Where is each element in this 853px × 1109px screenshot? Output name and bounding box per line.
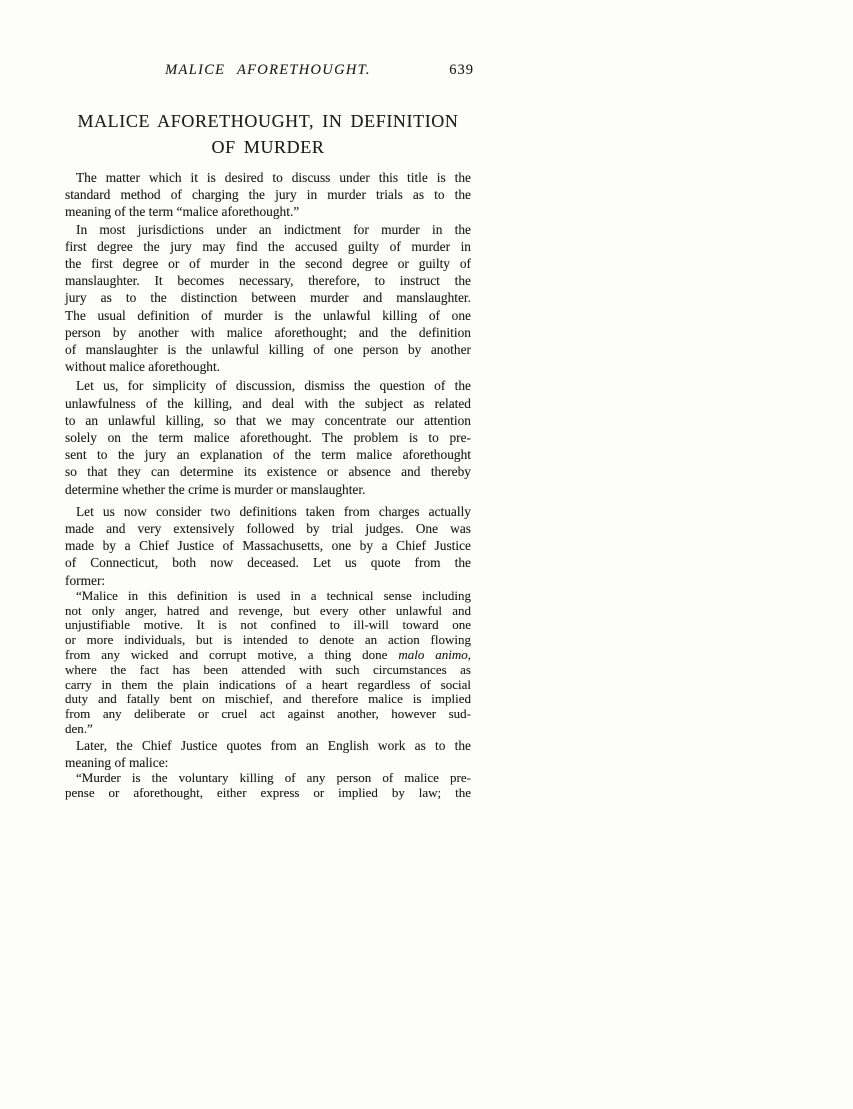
text-line: from any deliberate or cruel act against…	[65, 707, 471, 722]
text-line: Later, the Chief Justice quotes from an …	[65, 737, 471, 754]
text-segment: ,	[468, 647, 471, 662]
paragraph: The matter which it is desired to discus…	[65, 169, 471, 221]
text-segment: from any deliberate or cruel act against…	[65, 706, 471, 721]
text-line: so that they can determine its existence…	[65, 463, 471, 480]
text-line: first degree the jury may find the accus…	[65, 238, 471, 255]
article-body: The matter which it is desired to discus…	[65, 169, 471, 801]
text-segment: Let us now consider two definitions take…	[76, 504, 471, 519]
text-line: “Murder is the voluntary killing of any …	[65, 771, 471, 786]
article-title-line-1: MALICE AFORETHOUGHT, IN DEFINITION	[65, 108, 471, 134]
text-segment: unlawfulness of the killing, and deal wi…	[65, 396, 471, 411]
text-line: Let us, for simplicity of discussion, di…	[65, 377, 471, 394]
page-number: 639	[449, 62, 474, 79]
text-column: MALICE AFORETHOUGHT. 639 MALICE AFORETHO…	[65, 0, 471, 801]
text-line: person by another with malice aforethoug…	[65, 324, 471, 341]
text-line: den.”	[65, 722, 471, 737]
text-segment: sent to the jury an explanation of the t…	[65, 447, 471, 462]
text-line: of Connecticut, both now deceased. Let u…	[65, 554, 471, 571]
text-line: determine whether the crime is murder or…	[65, 481, 471, 498]
text-line: standard method of charging the jury in …	[65, 186, 471, 203]
text-segment: duty and fatally bent on mischief, and t…	[65, 691, 471, 706]
text-line: the first degree or of murder in the sec…	[65, 255, 471, 272]
text-segment: The usual definition of murder is the un…	[65, 308, 471, 323]
text-segment: not only anger, hatred and revenge, but …	[65, 603, 471, 618]
text-line: made by a Chief Justice of Massachusetts…	[65, 537, 471, 554]
text-segment: the first degree or of murder in the sec…	[65, 256, 471, 271]
text-segment: pense or aforethought, either express or…	[65, 785, 471, 800]
text-line: unlawfulness of the killing, and deal wi…	[65, 395, 471, 412]
text-segment: so that they can determine its existence…	[65, 464, 471, 479]
text-segment: without malice aforethought.	[65, 359, 220, 374]
text-segment: In most jurisdictions under an indictmen…	[76, 222, 471, 237]
article-title: MALICE AFORETHOUGHT, IN DEFINITION OF MU…	[65, 108, 471, 160]
text-line: solely on the term malice aforethought. …	[65, 429, 471, 446]
text-segment: “Malice in this definition is used in a …	[76, 588, 471, 603]
text-line: to an unlawful killing, so that we may c…	[65, 412, 471, 429]
paragraph: In most jurisdictions under an indictmen…	[65, 221, 471, 376]
text-segment: meaning of the term “malice aforethought…	[65, 204, 299, 219]
text-line: or more individuals, but is intended to …	[65, 633, 471, 648]
text-line: pense or aforethought, either express or…	[65, 786, 471, 801]
text-line: made and very extensively followed by tr…	[65, 520, 471, 537]
text-line: where the fact has been attended with su…	[65, 663, 471, 678]
text-segment: den.”	[65, 721, 93, 736]
text-line: In most jurisdictions under an indictmen…	[65, 221, 471, 238]
article-title-line-2: OF MURDER	[65, 134, 471, 160]
text-segment: meaning of malice:	[65, 755, 168, 770]
text-segment: Later, the Chief Justice quotes from an …	[76, 738, 471, 753]
text-line: “Malice in this definition is used in a …	[65, 589, 471, 604]
text-line: of manslaughter is the unlawful killing …	[65, 341, 471, 358]
text-line: carry in them the plain indications of a…	[65, 678, 471, 693]
paragraph: Later, the Chief Justice quotes from an …	[65, 737, 471, 771]
page-header: MALICE AFORETHOUGHT. 639	[65, 62, 471, 79]
text-line: meaning of the term “malice aforethought…	[65, 203, 471, 220]
text-segment: made and very extensively followed by tr…	[65, 521, 471, 536]
text-line: The usual definition of murder is the un…	[65, 307, 471, 324]
text-segment: to an unlawful killing, so that we may c…	[65, 413, 471, 428]
text-line: The matter which it is desired to discus…	[65, 169, 471, 186]
text-segment: where the fact has been attended with su…	[65, 662, 471, 677]
text-segment: of Connecticut, both now deceased. Let u…	[65, 555, 471, 570]
text-segment: solely on the term malice aforethought. …	[65, 430, 471, 445]
text-line: Let us now consider two definitions take…	[65, 503, 471, 520]
text-line: former:	[65, 572, 471, 589]
text-segment: from any wicked and corrupt motive, a th…	[65, 647, 398, 662]
text-segment: person by another with malice aforethoug…	[65, 325, 471, 340]
text-segment: “Murder is the voluntary killing of any …	[76, 770, 471, 785]
text-line: sent to the jury an explanation of the t…	[65, 446, 471, 463]
text-segment: made by a Chief Justice of Massachusetts…	[65, 538, 471, 553]
text-segment: of manslaughter is the unlawful killing …	[65, 342, 471, 357]
text-segment: unjustifiable motive. It is not confined…	[65, 617, 471, 632]
text-segment: manslaughter. It becomes necessary, ther…	[65, 273, 471, 288]
text-line: from any wicked and corrupt motive, a th…	[65, 648, 471, 663]
text-segment: Let us, for simplicity of discussion, di…	[76, 378, 471, 393]
text-segment: first degree the jury may find the accus…	[65, 239, 471, 254]
text-line: not only anger, hatred and revenge, but …	[65, 604, 471, 619]
text-segment: former:	[65, 573, 105, 588]
text-segment: standard method of charging the jury in …	[65, 187, 471, 202]
text-line: unjustifiable motive. It is not confined…	[65, 618, 471, 633]
running-head: MALICE AFORETHOUGHT.	[65, 62, 471, 79]
text-line: without malice aforethought.	[65, 358, 471, 375]
italic-phrase: malo animo	[398, 647, 467, 662]
text-segment: jury as to the distinction between murde…	[65, 290, 471, 305]
text-line: manslaughter. It becomes necessary, ther…	[65, 272, 471, 289]
paragraph: Let us, for simplicity of discussion, di…	[65, 377, 471, 497]
scanned-page: { "page": { "colors": { "background": "#…	[0, 0, 853, 1109]
text-segment: or more individuals, but is intended to …	[65, 632, 471, 647]
text-line: duty and fatally bent on mischief, and t…	[65, 692, 471, 707]
quotation-block: “Murder is the voluntary killing of any …	[65, 771, 471, 801]
quotation-block: “Malice in this definition is used in a …	[65, 589, 471, 737]
text-segment: The matter which it is desired to discus…	[76, 170, 471, 185]
paragraph: Let us now consider two definitions take…	[65, 503, 471, 589]
text-line: meaning of malice:	[65, 754, 471, 771]
text-segment: determine whether the crime is murder or…	[65, 482, 365, 497]
text-segment: carry in them the plain indications of a…	[65, 677, 471, 692]
text-line: jury as to the distinction between murde…	[65, 289, 471, 306]
